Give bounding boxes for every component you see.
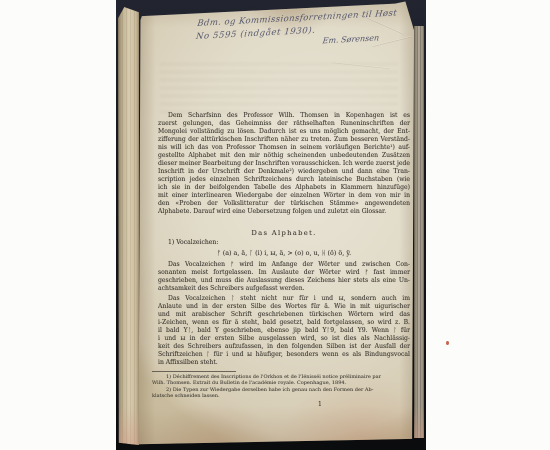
handwritten-signature: Em. Sørensen <box>322 33 385 45</box>
text-line: i-Zeichen, wenn es für ä steht, bald ges… <box>158 319 410 327</box>
text-line: ᚠ (a) a, ä, ᛚ (i) i, ы, ä, > (o) o, u, ᚺ… <box>158 249 410 257</box>
text-line: Dem Scharfsinn des Professor Wilh. Thoms… <box>158 112 410 120</box>
text-line: gestellte Alphabet mit den mir nöthig sc… <box>158 152 410 160</box>
text-line: sonanten meist fortgelassen. Im Auslaute… <box>158 269 410 277</box>
footnote-line: klatsche schneiden lassen. <box>152 393 410 399</box>
text-line: i und ы in der ersten Silbe ausgelassen … <box>158 335 410 343</box>
text-line: ich sie in der beifolgenden Tabelle des … <box>158 184 410 192</box>
text-line: zifferung der alttürkischen Inschriften … <box>158 136 410 144</box>
printed-text-block: Dem Scharfsinn des Professor Wilh. Thoms… <box>158 112 410 409</box>
handwritten-note: Bdm. og Kommissionsforretningen til Høst… <box>194 9 387 52</box>
text-line: Das Vocalzeichen ᛚ steht nicht nur für i… <box>158 295 410 303</box>
text-line: dieser meiner Bearbeitung der Inschrifte… <box>158 160 410 168</box>
text-line: Schriftzeichen ᛚ für i und ы häufiger, b… <box>158 351 410 359</box>
text-line: Alphabete. Darauf wird eine Uebersetzung… <box>158 208 410 216</box>
scan-canvas: Bdm. og Kommissionsforretningen til Høst… <box>0 0 550 450</box>
text-line: geschrieben, und muss die Auslassung die… <box>158 277 410 285</box>
section-heading: Das Alphabet. <box>158 229 410 237</box>
text-line: Das Vocalzeichen ᚠ wird im Anfange der W… <box>158 261 410 269</box>
text-line: 1) Vocalzeichen: <box>158 239 410 247</box>
page-number: 1 <box>158 401 410 409</box>
text-line: il bald Yᛚ, bald Y geschrieben, ebenso j… <box>158 327 410 335</box>
text-line: und mit arabischer Schrift geschriebenen… <box>158 311 410 319</box>
book-fore-edge <box>118 7 139 445</box>
text-line: keit des Schreibers aufzufassen, in den … <box>158 343 410 351</box>
text-line: den «Proben der Volkslitteratur der türk… <box>158 200 410 208</box>
text-line: nis will ich das von Professor Thomsen i… <box>158 144 410 152</box>
page-stack-edge <box>414 26 424 438</box>
footnote-line: 2) Die Typen zur Wiedergabe derselben ha… <box>158 387 410 393</box>
text-line: Inschrift in der Urschrift der Denkmale²… <box>158 168 410 176</box>
dust-speck <box>446 341 449 345</box>
text-line: Anlaute und in der ersten Silbe des Wort… <box>158 303 410 311</box>
text-line: in Affixsilben steht. <box>158 359 410 367</box>
text-line: Mongolei vollständig zu lösen. Dadurch i… <box>158 128 410 136</box>
footnote-rule <box>152 371 236 372</box>
verso-showthrough <box>160 63 398 115</box>
book-page: Bdm. og Kommissionsforretningen til Høst… <box>136 1 416 446</box>
text-line: mit einer interlinearen Wiedergabe der e… <box>158 192 410 200</box>
text-line: zuerst gelungen, das Geheimniss der räth… <box>158 120 410 128</box>
text-line: achtsamkeit des Schreibers aufgefasst we… <box>158 285 410 293</box>
text-line: scription jedes einzelnen Schriftzeichen… <box>158 176 410 184</box>
